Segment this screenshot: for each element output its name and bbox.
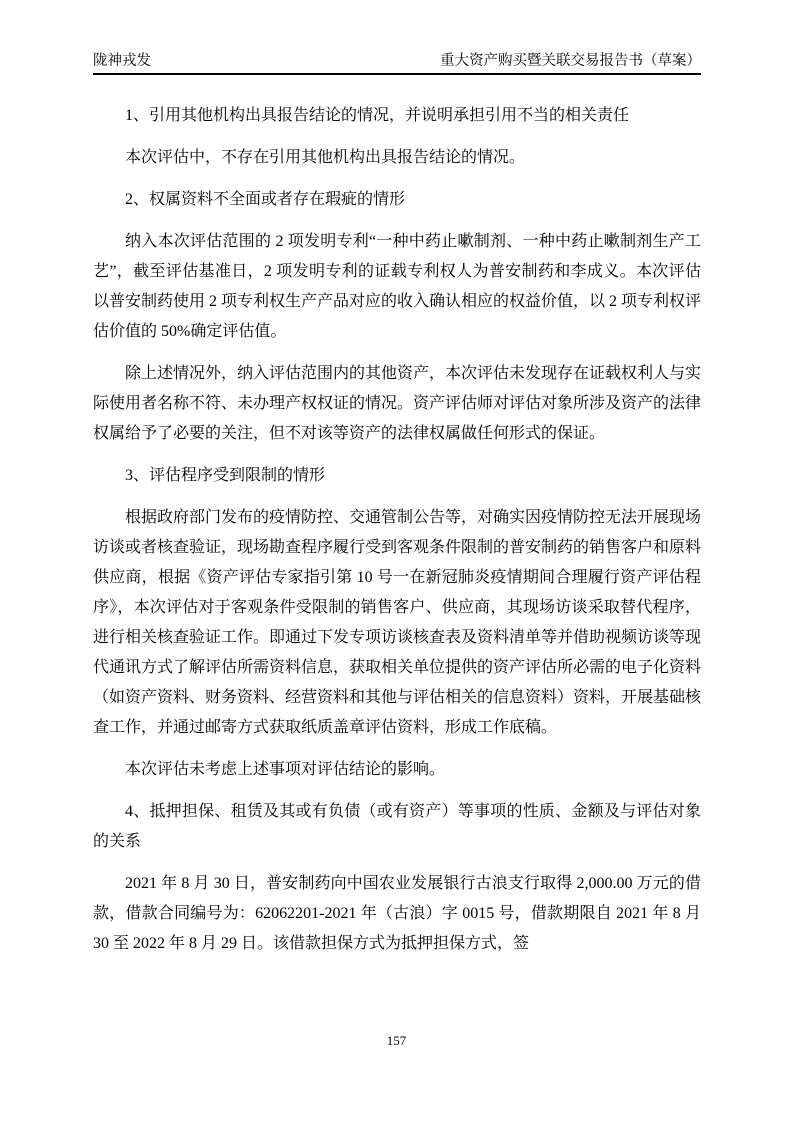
body-paragraph: 本次评估未考虑上述事项对评估结论的影响。 [93,755,701,785]
section-heading: 1、引用其他机构出具报告结论的情况，并说明承担引用不当的相关责任 [93,101,701,131]
page-header: 陇神戎发 重大资产购买暨关联交易报告书（草案） [93,52,701,75]
body-paragraph: 除上述情况外，纳入评估范围内的其他资产，本次评估未发现存在证载权利人与实际使用者… [93,359,701,449]
body-paragraph: 根据政府部门发布的疫情防控、交通管制公告等，对确实因疫情防控无法开展现场访谈或者… [93,503,701,743]
report-page: 陇神戎发 重大资产购买暨关联交易报告书（草案） 1、引用其他机构出具报告结论的情… [0,0,793,1122]
document-body: 1、引用其他机构出具报告结论的情况，并说明承担引用不当的相关责任本次评估中，不存… [93,75,701,959]
section-heading: 2、权属资料不全面或者存在瑕疵的情形 [93,185,701,215]
page-footer: 157 [0,1032,793,1050]
section-heading: 3、评估程序受到限制的情形 [93,461,701,491]
page-number: 157 [387,1033,407,1048]
header-company-name: 陇神戎发 [93,52,151,70]
body-paragraph: 本次评估中，不存在引用其他机构出具报告结论的情况。 [93,143,701,173]
body-paragraph: 纳入本次评估范围的 2 项发明专利“一种中药止嗽制剂、一种中药止嗽制剂生产工艺”… [93,227,701,347]
section-heading: 4、抵押担保、租赁及其或有负债（或有资产）等事项的性质、金额及与评估对象的关系 [93,797,701,857]
body-paragraph: 2021 年 8 月 30 日，普安制药向中国农业发展银行古浪支行取得 2,00… [93,869,701,959]
header-doc-title: 重大资产购买暨关联交易报告书（草案） [440,52,701,70]
